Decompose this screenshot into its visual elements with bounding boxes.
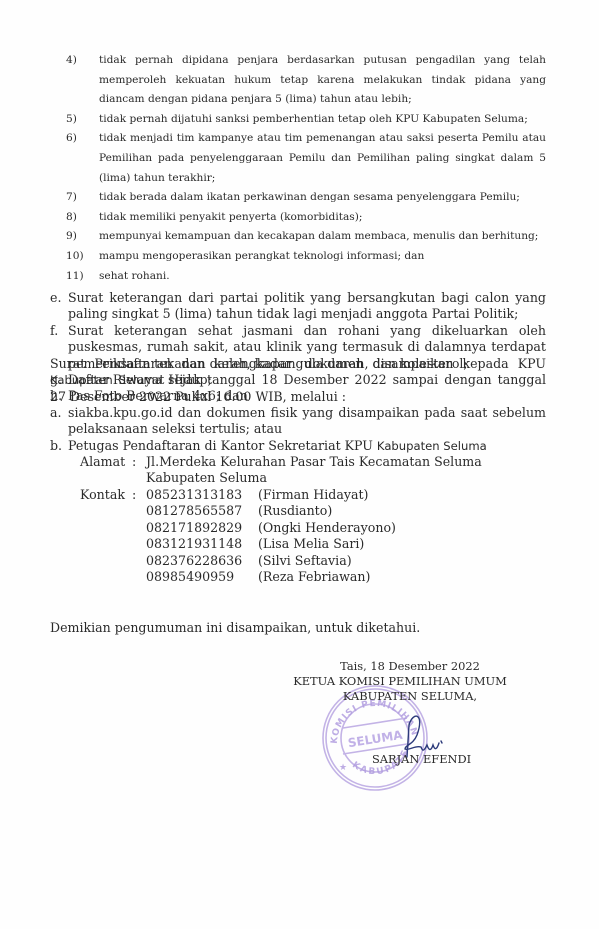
address-block: Alamat : Jl.Merdeka Kelurahan Pasar Tais… (80, 454, 546, 487)
requirement-number: 9) (66, 227, 99, 247)
contact-row: 082376228636(Silvi Seftavia) (80, 553, 546, 569)
address-colon: : (132, 454, 146, 487)
contact-phone: 083121931148 (146, 536, 258, 552)
requirement-number: 8) (66, 208, 99, 228)
contact-row: 081278565587(Rusdianto) (80, 503, 546, 519)
contact-phone: 085231313183 (146, 487, 258, 503)
submission-region: Kabupaten Seluma (50, 373, 162, 387)
signature-title-2: KABUPATEN SELUMA, (300, 689, 520, 704)
contact-row: 083121931148(Lisa Melia Sari) (80, 536, 546, 552)
contact-row: Kontak:085231313183(Firman Hidayat) (80, 487, 546, 503)
document-letter: e. (50, 290, 68, 323)
requirement-item: 7)tidak berada dalam ikatan perkawinan d… (66, 188, 546, 208)
submission-methods: a. siakba.kpu.go.id dan dokumen fisik ya… (50, 405, 546, 454)
contact-phone: 081278565587 (146, 503, 258, 519)
svg-text:★: ★ (339, 763, 347, 773)
document-item: e.Surat keterangan dari partai politik y… (50, 290, 546, 323)
contact-name: (Silvi Seftavia) (258, 553, 546, 569)
contact-colon: : (132, 487, 146, 503)
signature-title-1: KETUA KOMISI PEMILIHAN UMUM (280, 674, 520, 689)
submission-text: Surat Pendaftaran dan kelengkapan dokume… (50, 356, 546, 371)
requirement-text: tidak pernah dipidana penjara berdasarka… (99, 51, 546, 110)
contact-row: 08985490959(Reza Febriawan) (80, 569, 546, 585)
signature-block: Tais, 18 Desember 2022 KETUA KOMISI PEMI… (300, 659, 520, 705)
requirement-number: 6) (66, 129, 99, 188)
document-page: 4)tidak pernah dipidana penjara berdasar… (0, 0, 599, 929)
contact-name: (Lisa Melia Sari) (258, 536, 546, 552)
method-a: a. siakba.kpu.go.id dan dokumen fisik ya… (50, 405, 546, 438)
method-letter: b. (50, 438, 68, 454)
requirement-number: 5) (66, 110, 99, 130)
contact-name: (Firman Hidayat) (258, 487, 546, 503)
contact-phone: 082376228636 (146, 553, 258, 569)
requirement-text: tidak pernah dijatuhi sanksi pemberhenti… (99, 110, 546, 130)
requirement-text: tidak memiliki penyakit penyerta (komorb… (99, 208, 546, 228)
contact-name: (Ongki Henderayono) (258, 520, 546, 536)
requirement-text: tidak berada dalam ikatan perkawinan den… (99, 188, 546, 208)
method-text: siakba.kpu.go.id dan dokumen fisik yang … (68, 405, 546, 438)
closing-statement: Demikian pengumuman ini disampaikan, unt… (50, 620, 546, 636)
submission-paragraph: Surat Pendaftaran dan kelengkapan dokume… (50, 356, 546, 405)
requirement-item: 8)tidak memiliki penyakit penyerta (komo… (66, 208, 546, 228)
requirement-item: 4)tidak pernah dipidana penjara berdasar… (66, 51, 546, 110)
requirement-text: mempunyai kemampuan dan kecakapan dalam … (99, 227, 546, 247)
signature-place-date: Tais, 18 Desember 2022 (300, 659, 520, 674)
contact-phone: 082171892829 (146, 520, 258, 536)
requirement-text: sehat rohani. (99, 267, 546, 287)
contact-label: Kontak (80, 487, 132, 503)
method-b-text: Petugas Pendaftaran di Kantor Sekretaria… (68, 438, 377, 453)
requirement-text: tidak menjadi tim kampanye atau tim peme… (99, 129, 546, 188)
method-b-region: Kabupaten Seluma (377, 439, 487, 453)
address-row: Alamat : Jl.Merdeka Kelurahan Pasar Tais… (80, 454, 546, 487)
requirement-item: 10)mampu mengoperasikan perangkat teknol… (66, 247, 546, 267)
requirement-item: 6)tidak menjadi tim kampanye atau tim pe… (66, 129, 546, 188)
document-text: Surat keterangan dari partai politik yan… (68, 290, 546, 323)
requirement-item: 11)sehat rohani. (66, 267, 546, 287)
requirement-number: 7) (66, 188, 99, 208)
contact-name: (Reza Febriawan) (258, 569, 546, 585)
requirement-number: 10) (66, 247, 99, 267)
method-b: b. Petugas Pendaftaran di Kantor Sekreta… (50, 438, 546, 454)
requirement-text: mampu mengoperasikan perangkat teknologi… (99, 247, 546, 267)
address-label: Alamat (80, 454, 132, 487)
requirement-item: 5)tidak pernah dijatuhi sanksi pemberhen… (66, 110, 546, 130)
requirement-number: 4) (66, 51, 99, 110)
method-letter: a. (50, 405, 68, 438)
requirement-item: 9)mempunyai kemampuan dan kecakapan dala… (66, 227, 546, 247)
contact-row: 082171892829(Ongki Henderayono) (80, 520, 546, 536)
requirements-list: 4)tidak pernah dipidana penjara berdasar… (66, 51, 546, 286)
requirement-number: 11) (66, 267, 99, 287)
contact-phone: 08985490959 (146, 569, 258, 585)
contact-name: (Rusdianto) (258, 503, 546, 519)
method-text: Petugas Pendaftaran di Kantor Sekretaria… (68, 438, 546, 454)
signatory-name: SARJAN EFENDI (372, 752, 482, 767)
contact-block: Kontak:085231313183(Firman Hidayat)08127… (80, 487, 546, 585)
address-value: Jl.Merdeka Kelurahan Pasar Tais Kecamata… (146, 454, 546, 487)
